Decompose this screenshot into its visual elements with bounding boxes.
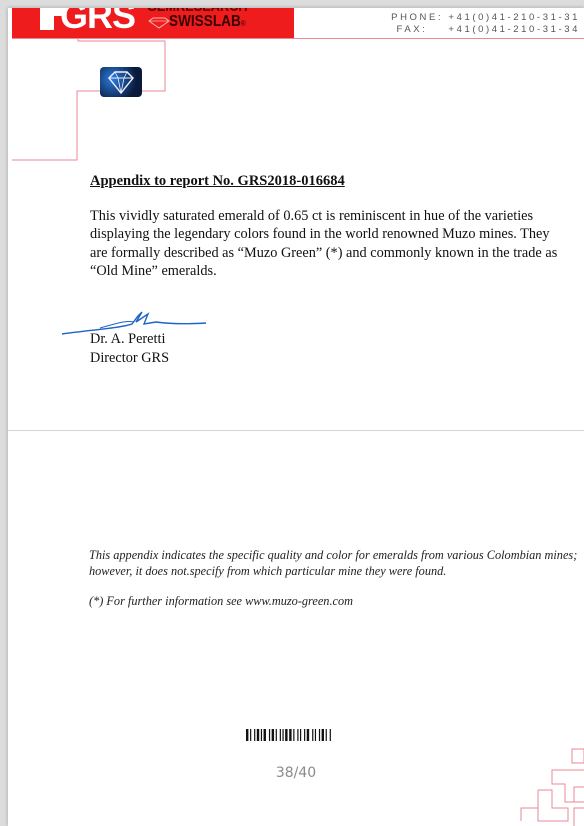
appendix-title: Appendix to report No. GRS2018-016684 <box>90 173 345 190</box>
disclaimer-footnote: This appendix indicates the specific qua… <box>89 548 579 579</box>
reference-footnote: (*) For further information see www.muzo… <box>89 594 353 609</box>
decorative-frame-lines <box>8 8 584 826</box>
barcode-icon <box>246 729 376 741</box>
signatory-block: Dr. A. Peretti Director GRS <box>90 330 169 367</box>
page-counter: 38/40 <box>8 765 584 781</box>
appendix-body: This vividly saturated emerald of 0.65 c… <box>90 207 570 280</box>
document-page: GRS GEMRESEARCH SWISSLAB® PHONE: +41(0)4… <box>8 8 584 826</box>
signatory-role: Director GRS <box>90 349 169 368</box>
page-break-divider <box>8 430 584 431</box>
diamond-hologram-icon <box>100 67 142 97</box>
signatory-name: Dr. A. Peretti <box>90 330 169 349</box>
